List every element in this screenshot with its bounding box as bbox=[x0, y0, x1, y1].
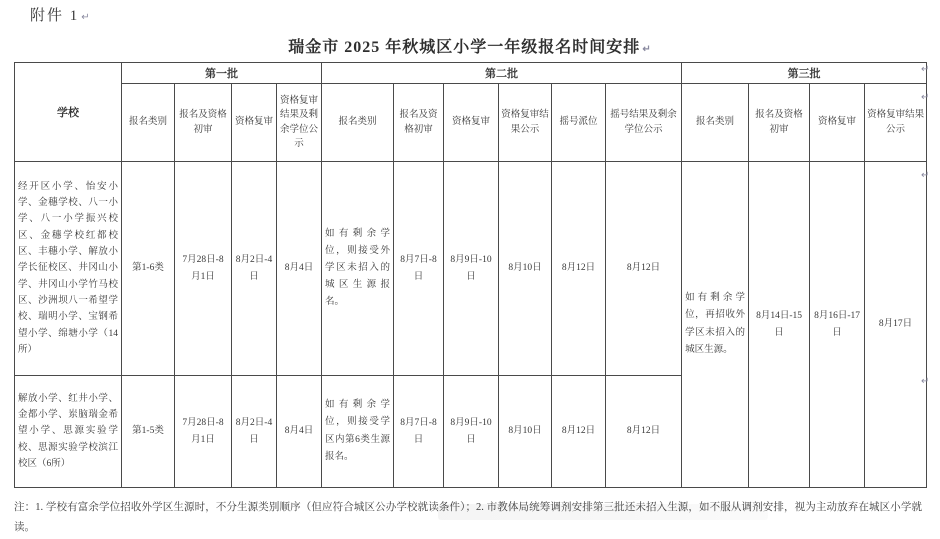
registration-schedule-table: 学校 第一批 第二批 第三批 报名类别 报名及资格初审 资格复审 资格复审结果及… bbox=[14, 62, 927, 488]
return-mark-icon: ↵ bbox=[642, 44, 651, 55]
b2-lottery-cell: 8月12日 bbox=[552, 162, 606, 376]
footnote: 注：1. 学校有富余学位招收外学区生源时，不分生源类别顺序（但应符合城区公办学校… bbox=[14, 498, 922, 538]
header-b3-category: 报名类别 bbox=[682, 84, 749, 162]
b2-lottery-result-cell: 8月12日 bbox=[606, 376, 682, 488]
return-mark-icon: ↵ bbox=[81, 12, 91, 23]
b2-result-cell: 8月10日 bbox=[499, 162, 552, 376]
table-row: 经开区小学、怡安小学、金穗学校、八一小学、八一小学振兴校区、金穗学校红都校区、丰… bbox=[15, 162, 927, 376]
header-b2-result-publicity: 资格复审结果公示 bbox=[499, 84, 552, 162]
header-b1-result-publicity: 资格复审结果及剩余学位公示 bbox=[277, 84, 322, 162]
b3-category-cell: 如有剩余学位，再招收外学区未招入的城区生源。 bbox=[682, 162, 749, 488]
header-b3-result-publicity: 资格复审结果公示 bbox=[865, 84, 927, 162]
b1-category-cell: 第1-5类 bbox=[122, 376, 175, 488]
return-mark-icon: ↵ bbox=[921, 92, 929, 103]
b1-initial-review-cell: 7月28日-8月1日 bbox=[175, 162, 232, 376]
b1-category-cell: 第1-6类 bbox=[122, 162, 175, 376]
return-mark-icon: ↵ bbox=[921, 170, 929, 181]
header-batch-3: 第三批 bbox=[682, 63, 927, 84]
header-batch-1: 第一批 bbox=[122, 63, 322, 84]
b1-result-cell: 8月4日 bbox=[277, 376, 322, 488]
school-list-cell: 解放小学、红井小学、金都小学、岽脑瑞金希望小学、思源实验学校、思源实验学校滨江校… bbox=[15, 376, 122, 488]
return-mark-icon: ↵ bbox=[921, 376, 929, 387]
header-batch-2: 第二批 bbox=[322, 63, 682, 84]
b1-initial-review-cell: 7月28日-8月1日 bbox=[175, 376, 232, 488]
b3-recheck-cell: 8月16日-17日 bbox=[810, 162, 865, 488]
b2-category-cell: 如有剩余学位，则接受外学区未招入的城区生源报名。 bbox=[322, 162, 394, 376]
b1-recheck-cell: 8月2日-4日 bbox=[232, 376, 277, 488]
page-title: 瑞金市 2025 年秋城区小学一年级报名时间安排↵ bbox=[0, 34, 940, 57]
b2-recheck-cell: 8月9日-10日 bbox=[444, 162, 499, 376]
b2-lottery-result-cell: 8月12日 bbox=[606, 162, 682, 376]
header-b2-recheck: 资格复审 bbox=[444, 84, 499, 162]
b3-initial-review-cell: 8月14日-15日 bbox=[749, 162, 810, 488]
attachment-label-text: 附件 1 bbox=[30, 8, 79, 24]
header-b2-category: 报名类别 bbox=[322, 84, 394, 162]
b2-recheck-cell: 8月9日-10日 bbox=[444, 376, 499, 488]
b2-result-cell: 8月10日 bbox=[499, 376, 552, 488]
b2-initial-review-cell: 8月7日-8日 bbox=[394, 162, 444, 376]
header-b2-lottery-result: 摇号结果及剩余学位公示 bbox=[606, 84, 682, 162]
header-b2-lottery: 摇号派位 bbox=[552, 84, 606, 162]
b2-lottery-cell: 8月12日 bbox=[552, 376, 606, 488]
header-b1-initial-review: 报名及资格初审 bbox=[175, 84, 232, 162]
header-school: 学校 bbox=[15, 63, 122, 162]
page-title-text: 瑞金市 2025 年秋城区小学一年级报名时间安排 bbox=[288, 39, 640, 56]
header-b3-initial-review: 报名及资格初审 bbox=[749, 84, 810, 162]
header-b1-recheck: 资格复审 bbox=[232, 84, 277, 162]
header-b3-recheck: 资格复审 bbox=[810, 84, 865, 162]
b2-initial-review-cell: 8月7日-8日 bbox=[394, 376, 444, 488]
header-b2-initial-review: 报名及资格初审 bbox=[394, 84, 444, 162]
header-b1-category: 报名类别 bbox=[122, 84, 175, 162]
b2-category-cell: 如有剩余学位，则接受学区内第6类生源报名。 bbox=[322, 376, 394, 488]
return-mark-icon: ↵ bbox=[921, 64, 929, 75]
attachment-label: 附件 1↵ bbox=[30, 4, 92, 25]
b1-recheck-cell: 8月2日-4日 bbox=[232, 162, 277, 376]
b3-result-cell: 8月17日 bbox=[865, 162, 927, 488]
b1-result-cell: 8月4日 bbox=[277, 162, 322, 376]
school-list-cell: 经开区小学、怡安小学、金穗学校、八一小学、八一小学振兴校区、金穗学校红都校区、丰… bbox=[15, 162, 122, 376]
